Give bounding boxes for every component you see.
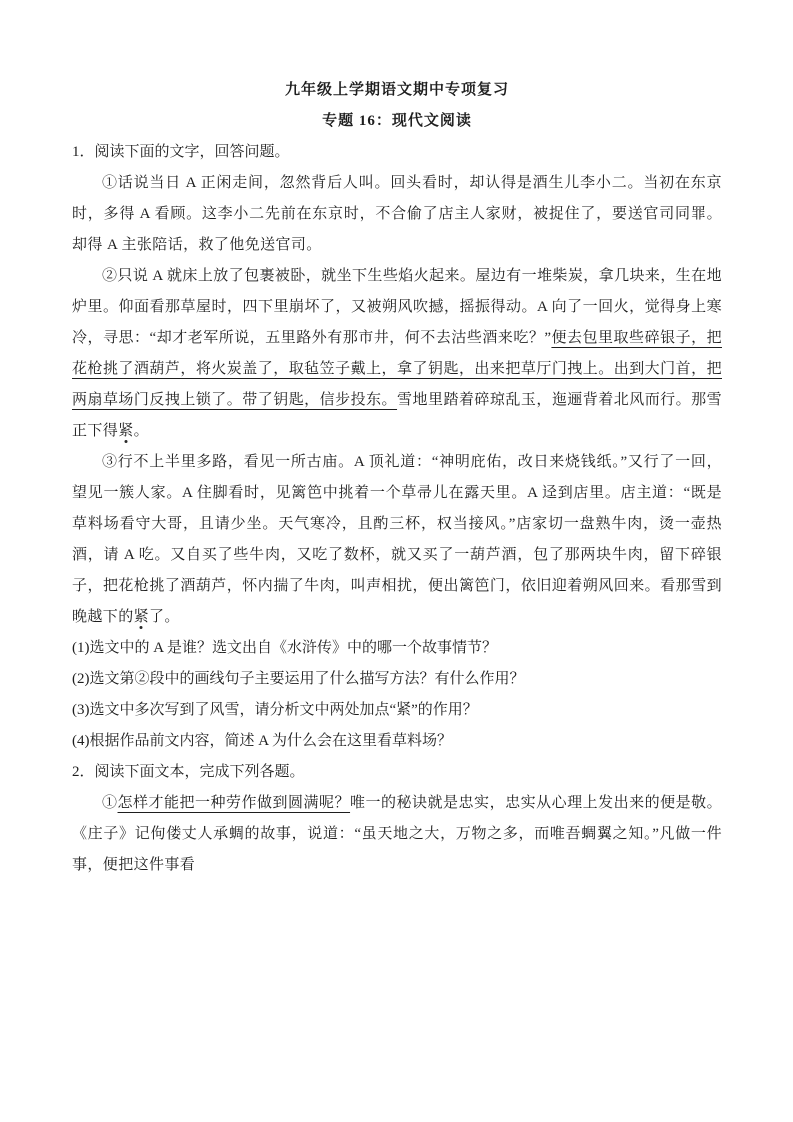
text-run: ① — [102, 795, 118, 811]
emphasized-char: 紧 — [118, 423, 133, 439]
subquestion-2: (2)选文第②段中的画线句子主要运用了什么描写方法？有什么作用？ — [72, 664, 722, 695]
document-page: 九年级上学期语文期中专项复习 专题 16：现代文阅读 1．阅读下面的文字，回答问… — [0, 0, 793, 1122]
question2-intro: 2．阅读下面文本，完成下列各题。 — [72, 757, 722, 788]
passage1-paragraph-2: ②只说 A 就床上放了包裹被卧，就坐下生些焰火起来。屋边有一堆柴炭，拿几块来，生… — [72, 261, 722, 447]
text-run: ①话说当日 A 正闲走间，忽然背后人叫。回头看时，却认得是酒生儿李小二。当初在东… — [72, 175, 722, 253]
emphasized-char: 紧 — [134, 609, 149, 625]
text-run: 了。 — [149, 609, 180, 625]
subquestion-3: (3)选文中多次写到了风雪，请分析文中两处加点“紧”的作用？ — [72, 695, 722, 726]
subquestion-4: (4)根据作品前文内容，简述 A 为什么会在这里看草料场？ — [72, 726, 722, 757]
text-run: 。 — [134, 423, 149, 439]
passage2-paragraph-1: ①怎样才能把一种劳作做到圆满呢？唯一的秘诀就是忠实，忠实从心理上发出来的便是敬。… — [72, 788, 722, 881]
doc-subtitle: 专题 16：现代文阅读 — [72, 106, 722, 137]
question1-intro: 1．阅读下面的文字，回答问题。 — [72, 137, 722, 168]
subquestion-1: (1)选文中的 A 是谁？选文出自《水浒传》中的哪一个故事情节？ — [72, 633, 722, 664]
passage1-paragraph-1: ①话说当日 A 正闲走间，忽然背后人叫。回头看时，却认得是酒生儿李小二。当初在东… — [72, 168, 722, 261]
text-run: ③行不上半里多路，看见一所古庙。A 顶礼道：“神明庇佑，改日来烧钱纸。”又行了一… — [72, 454, 722, 625]
passage1-paragraph-3: ③行不上半里多路，看见一所古庙。A 顶礼道：“神明庇佑，改日来烧钱纸。”又行了一… — [72, 447, 722, 633]
underlined-text: 怎样才能把一种劳作做到圆满呢？ — [118, 795, 351, 811]
doc-title: 九年级上学期语文期中专项复习 — [72, 75, 722, 106]
